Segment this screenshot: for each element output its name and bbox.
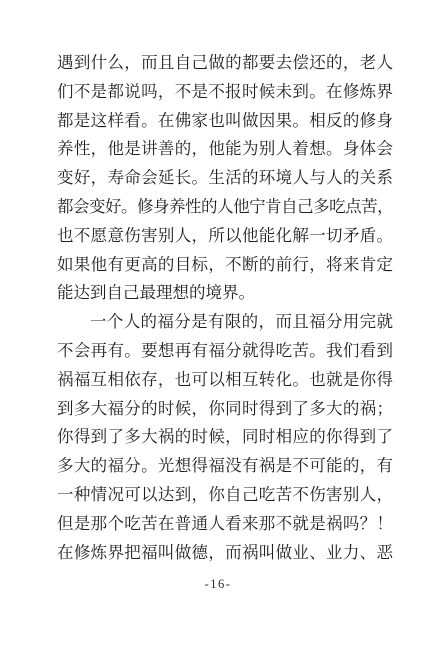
text-line: 们不是都说吗，不是不报时候未到。在修炼界 [57,78,393,107]
text-line: 到多大福分的时候，你同时得到了多大的祸； [57,395,393,424]
text-line: 都会变好。修身养性的人他宁肯自己多吃点苦， [57,193,393,222]
text-line: 遇到什么，而且自己做的都要去偿还的，老人 [57,49,393,78]
text-line: 祸福互相依存，也可以相互转化。也就是你得 [57,366,393,395]
text-line: 变好，寿命会延长。生活的环境人与人的关系 [57,164,393,193]
text-line: 一个人的福分是有限的，而且福分用完就 [57,308,393,337]
text-body: 遇到什么，而且自己做的都要去偿还的，老人们不是都说吗，不是不报时候未到。在修炼界… [57,49,393,567]
text-line: 在修炼界把福叫做德，而祸叫做业、业力、恶 [57,539,393,568]
text-line: 都是这样看。在佛家也叫做因果。相反的修身 [57,107,393,136]
text-line: 一种情况可以达到，你自己吃苦不伤害别人， [57,481,393,510]
text-line: 你得到了多大祸的时候，同时相应的你得到了 [57,423,393,452]
text-line: 也不愿意伤害别人，所以他能化解一切矛盾。 [57,222,393,251]
document-page: 遇到什么，而且自己做的都要去偿还的，老人们不是都说吗，不是不报时候未到。在修炼界… [0,0,436,653]
text-line: 不会再有。要想再有福分就得吃苦。我们看到 [57,337,393,366]
text-line: 但是那个吃苦在普通人看来那不就是祸吗？！ [57,510,393,539]
text-line: 能达到自己最理想的境界。 [57,279,393,308]
text-line: 多大的福分。光想得福没有祸是不可能的，有 [57,452,393,481]
text-line: 养性，他是讲善的，他能为别人着想。身体会 [57,135,393,164]
text-line: 如果他有更高的目标，不断的前行，将来肯定 [57,251,393,280]
page-number: -16- [0,576,436,592]
